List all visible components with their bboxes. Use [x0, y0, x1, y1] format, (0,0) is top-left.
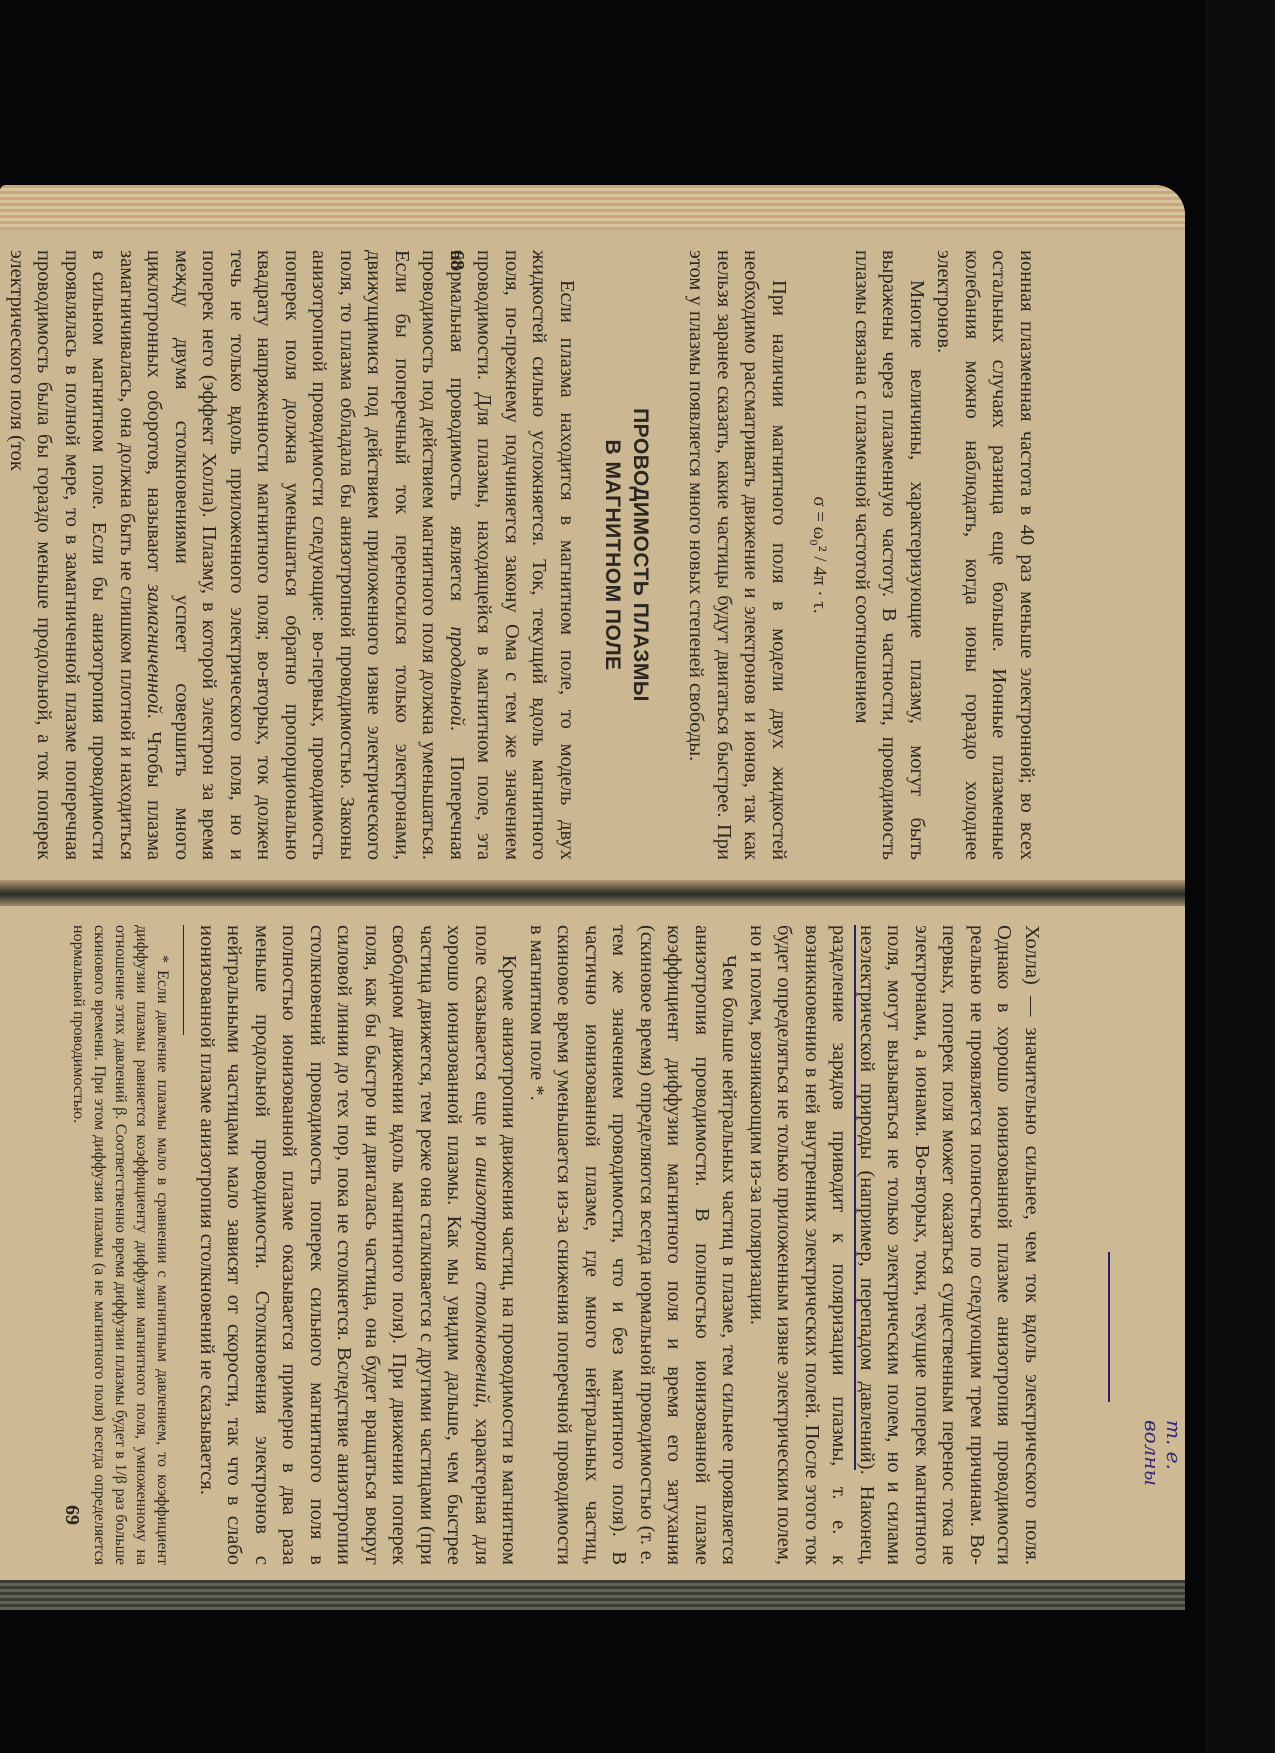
right-page-text: Холла) — значительно сильнее, чем ток вд…	[65, 925, 1045, 1565]
text-run: . Чтобы плазма замагничивалась, она долж…	[6, 250, 166, 860]
book-gutter	[0, 880, 1185, 906]
text-run: . Поперечная проводимость под действием …	[144, 250, 469, 860]
left-page-text: ионная плазменная частота в 40 раз меньш…	[60, 250, 1040, 860]
footnote: * Если давление плазмы мало в сравнении …	[69, 925, 174, 1565]
scanner-background-strip	[1205, 0, 1275, 1753]
pen-underlined-text: неэлектрической природы (например, переп…	[854, 925, 878, 1470]
pen-margin-mark	[1108, 1252, 1110, 1402]
text-run: , характерная для хорошо ионизованной пл…	[196, 925, 493, 1565]
section-heading-line1: ПРОВОДИМОСТЬ ПЛАЗМЫ	[626, 250, 654, 860]
paragraph: Кроме анизотропии движения частиц, на пр…	[193, 925, 523, 1565]
paragraph: Многие величины, характеризующие плазму,…	[848, 250, 931, 860]
paragraph: Если плазма находится в магнитном поле, …	[3, 250, 581, 860]
page-edges-top	[0, 185, 1185, 230]
paragraph: Чем больше нейтральных частиц в плазме, …	[523, 925, 743, 1565]
footnote-divider	[184, 925, 185, 1035]
page-number: 68	[443, 250, 471, 270]
paragraph: ионная плазменная частота в 40 раз меньш…	[930, 250, 1040, 860]
page-number: 69	[58, 1505, 86, 1525]
italic-term: продольной	[446, 626, 468, 726]
text-run: Холла) — значительно сильнее, чем ток вд…	[884, 925, 1044, 1565]
conductivity-formula: σ = ω₀² / 4π · τ.	[806, 250, 834, 860]
section-heading-line2: В МАГНИТНОМ ПОЛЕ	[598, 250, 626, 860]
italic-term: замагниченной	[144, 584, 166, 714]
page-edges-bottom	[0, 1580, 1185, 1610]
paragraph: При наличии магнитного поля в модели дву…	[682, 250, 792, 860]
handwritten-annotation: т. е. волны	[1141, 1420, 1185, 1510]
section-heading: ПРОВОДИМОСТЬ ПЛАЗМЫ В МАГНИТНОМ ПОЛЕ	[598, 250, 654, 860]
italic-term: анизотропия столкновений	[471, 1157, 493, 1403]
paragraph: Холла) — значительно сильнее, чем ток вд…	[743, 925, 1046, 1565]
